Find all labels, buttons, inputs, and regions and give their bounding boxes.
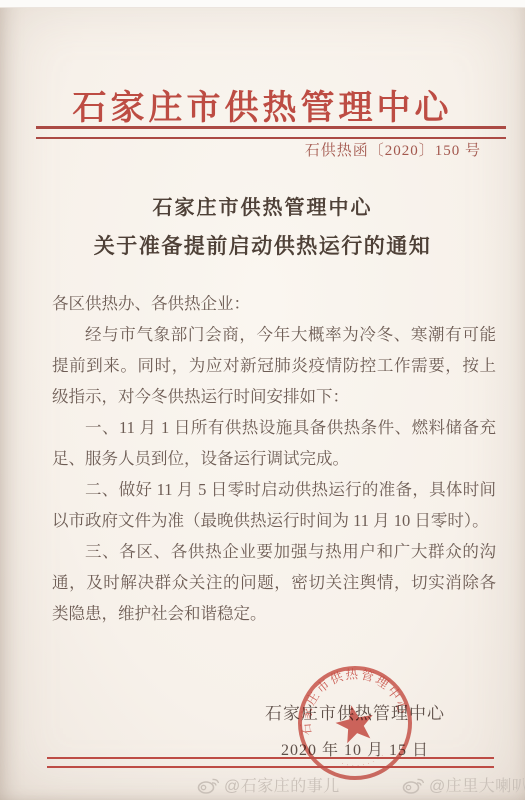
watermark-right: @庄里大喇叭 <box>402 773 525 796</box>
letterhead-org-name: 石家庄市供热管理中心 <box>0 80 525 129</box>
watermark-right-text: @庄里大喇叭 <box>429 773 525 796</box>
scanned-notice-document: 石家庄市供热管理中心 石供热函〔2020〕150 号 石家庄市供热管理中心 关于… <box>0 0 525 800</box>
footer-divider <box>47 757 494 768</box>
document-body: 各区供热办、各供热企业： 经与市气象部门会商，今年大概率为冷冬、寒潮有可能提前到… <box>52 288 496 629</box>
document-number: 石供热函〔2020〕150 号 <box>305 139 481 160</box>
paragraph-3: 二、做好 11 月 5 日零时启动供热运行的准备，具体时间以市政府文件为准（最晚… <box>52 474 496 536</box>
signature-block: 石家庄市供热管理中心 2020 年 10 月 15 日 <box>235 699 475 760</box>
paragraph-2: 一、11 月 1 日所有供热设施具备供热条件、燃料储备充足、服务人员到位，设备运… <box>52 412 496 474</box>
letterhead-divider <box>36 126 506 139</box>
document-title-line2: 关于准备提前启动供热运行的通知 <box>0 230 525 260</box>
document-title-line1: 石家庄市供热管理中心 <box>0 191 525 220</box>
document-title: 石家庄市供热管理中心 关于准备提前启动供热运行的通知 <box>0 191 525 260</box>
watermark-left: @石家庄的事儿 <box>197 773 340 796</box>
signature-org: 石家庄市供热管理中心 <box>235 699 475 724</box>
paragraph-1: 经与市气象部门会商，今年大概率为冷冬、寒潮有可能提前到来。同时，为应对新冠肺炎疫… <box>52 319 496 412</box>
scan-edge-strip <box>0 0 525 8</box>
salutation: 各区供热办、各供热企业： <box>52 288 496 319</box>
paragraph-4: 三、各区、各供热企业要加强与热用户和广大群众的沟通，及时解决群众关注的问题，密切… <box>52 536 496 629</box>
weibo-icon <box>197 776 219 794</box>
weibo-icon <box>402 776 424 794</box>
watermark-left-text: @石家庄的事儿 <box>224 773 340 796</box>
